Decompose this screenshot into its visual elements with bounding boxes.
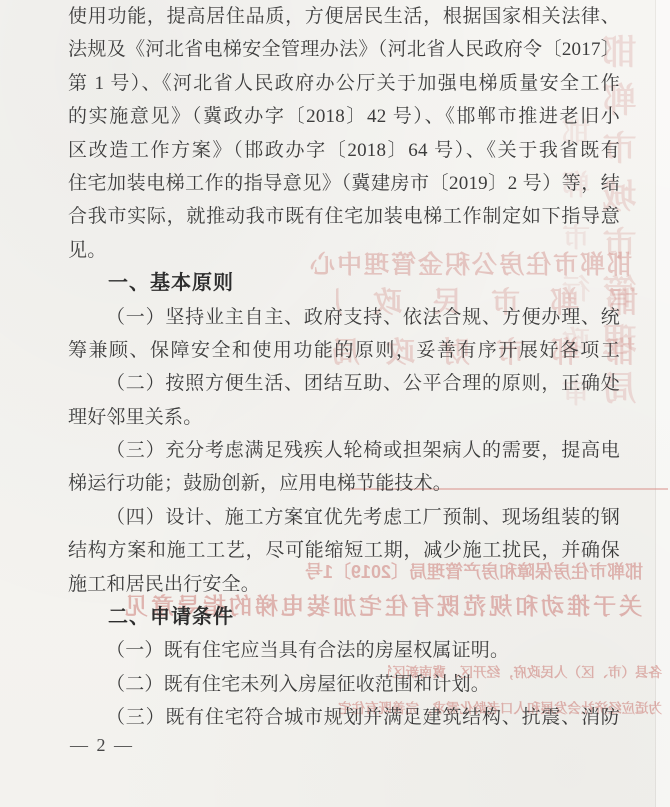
document-body: 使用功能，提高居住品质，方便居民生活，根据国家相关法律、法规及《河北省电梯安全管… xyxy=(68,0,620,735)
body-line: （一）坚持业主自主、政府支持、依法合规、方便办理、统 xyxy=(68,301,620,334)
body-line: （一）既有住宅应当具有合法的房屋权属证明。 xyxy=(68,634,620,667)
scanned-document-page: 邯郸市城市管理局邯郸市行政审批局邯郸市住房公积金管理中心邯郸市民政局邯郸市财政局… xyxy=(0,0,670,807)
body-line: 第 1 号）、《河北省人民政府办公厅关于加强电梯质量安全工作 xyxy=(68,67,620,100)
body-line: （四）设计、施工方案宜优先考虑工厂预制、现场组装的钢 xyxy=(68,501,620,534)
body-line: 法规及《河北省电梯安全管理办法》（河北省人民政府令〔2017〕 xyxy=(68,33,620,66)
body-line: 合我市实际，就推动我市既有住宅加装电梯工作制定如下指导意 xyxy=(68,200,620,233)
body-line: 筹兼顾、保障安全和使用功能的原则，妥善有序开展好各项工作。 xyxy=(68,334,620,367)
body-line: （二）既有住宅未列入房屋征收范围和计划。 xyxy=(68,668,620,701)
page-number: — 2 — xyxy=(70,735,134,756)
body-line: 施工和居民出行安全。 xyxy=(68,568,620,601)
body-line: （三）充分考虑满足残疾人轮椅或担架病人的需要，提高电 xyxy=(68,434,620,467)
body-line: 使用功能，提高居住品质，方便居民生活，根据国家相关法律、 xyxy=(68,0,620,33)
body-line: （三）既有住宅符合城市规划并满足建筑结构、抗震、消防 xyxy=(68,701,620,734)
section-heading: 二、申请条件 xyxy=(68,601,620,634)
body-line: 住宅加装电梯工作的指导意见》（冀建房市〔2019〕2 号）等，结 xyxy=(68,167,620,200)
body-line: 区改造工作方案》（邯政办字〔2018〕64 号）、《关于我省既有 xyxy=(68,134,620,167)
scan-edge-highlight xyxy=(656,0,670,807)
body-line: 的实施意见》（冀政办字〔2018〕42 号）、《邯郸市推进老旧小 xyxy=(68,100,620,133)
body-line: 理好邻里关系。 xyxy=(68,401,620,434)
body-line: 见。 xyxy=(68,234,620,267)
scan-edge-crease xyxy=(655,0,656,807)
body-line: （二）按照方便生活、团结互助、公平合理的原则，正确处 xyxy=(68,367,620,400)
body-line: 结构方案和施工工艺，尽可能缩短工期，减少施工扰民，并确保 xyxy=(68,534,620,567)
section-heading: 一、基本原则 xyxy=(68,267,620,300)
body-line: 梯运行功能；鼓励创新，应用电梯节能技术。 xyxy=(68,467,620,500)
